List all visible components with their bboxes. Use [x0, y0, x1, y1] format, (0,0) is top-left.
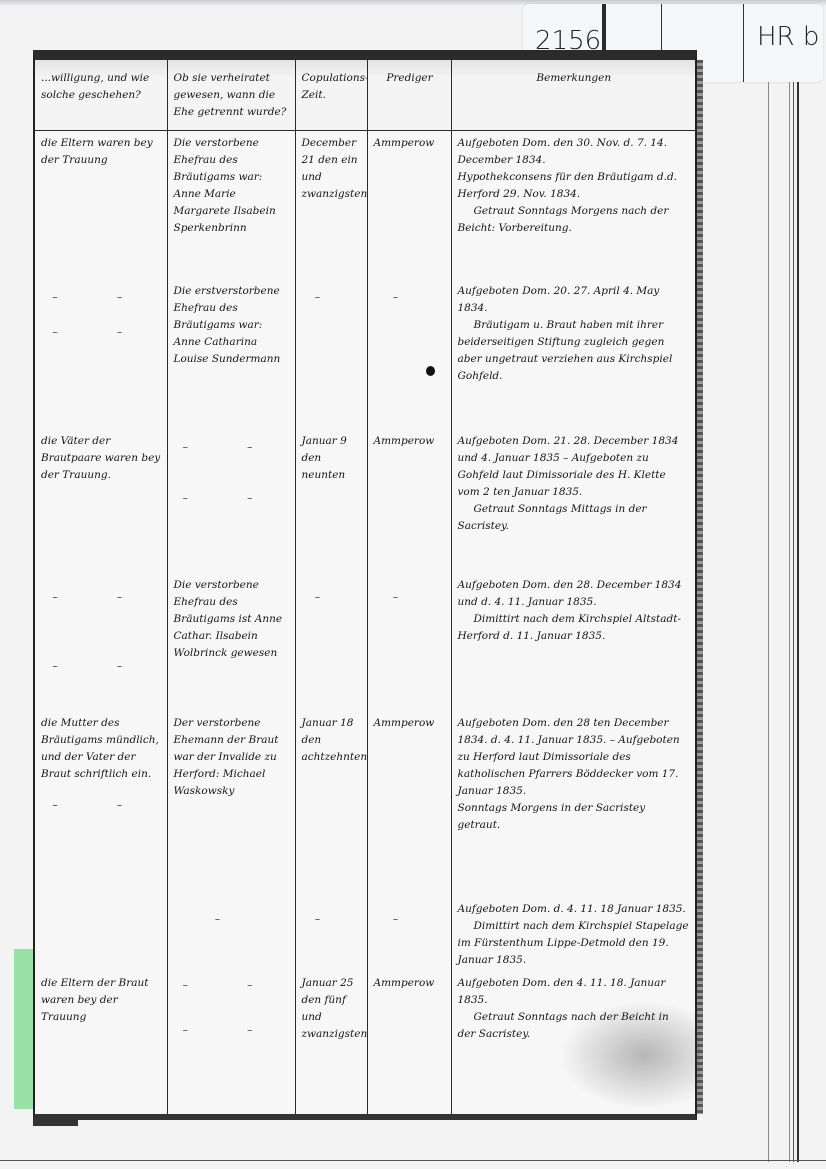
remark-line: Getraut Sonntags nach der Beicht in der … [458, 1009, 691, 1043]
remarks-cell: Aufgeboten Dom. 21. 28. December 1834 un… [451, 429, 695, 573]
dash-mark: – [302, 911, 362, 928]
preacher-cell: Ammperow [367, 971, 451, 1115]
preacher-cell: Ammperow [367, 429, 451, 573]
previous-marriage-cell: Die verstorbene Ehefrau des Bräutigams i… [167, 573, 295, 711]
dash-mark: – – [41, 289, 162, 306]
margin-line [793, 82, 794, 1162]
previous-marriage-cell: Die erstverstorbene Ehefrau des Bräutiga… [167, 279, 295, 429]
preacher-cell: – [367, 573, 451, 711]
dash-mark: – – [41, 797, 162, 814]
remark-line: Aufgeboten Dom. d. 4. 11. 18 Januar 1835… [458, 901, 691, 918]
remark-line: Hypothekconsens für den Bräutigam d.d. H… [458, 169, 691, 203]
preacher-cell: Ammperow [367, 131, 451, 279]
dash-mark: – – [41, 324, 162, 341]
consent-cell: – – – – [35, 573, 167, 711]
table-row: – – – – Die verstorbene Ehefrau des Bräu… [35, 573, 695, 711]
remark-line: Aufgeboten Dom. den 4. 11. 18. Januar 18… [458, 975, 691, 1009]
remarks-cell: Aufgeboten Dom. den 28. December 1834 un… [451, 573, 695, 711]
header-preacher: Prediger [367, 60, 451, 131]
dash-mark: – – [174, 439, 290, 456]
previous-marriage-cell: Die verstorbene Ehefrau des Bräutigams w… [167, 131, 295, 279]
margin-line [768, 82, 769, 1162]
header-consent: ...willigung, und wie solche geschehen? [35, 60, 167, 131]
table-row: die Eltern waren bey der Trauung Die ver… [35, 131, 695, 279]
table-row: – – – – Die erstverstorbene Ehefrau des … [35, 279, 695, 429]
date-cell: Januar 9 den neunten [295, 429, 367, 573]
remark-line: Getraut Sonntags Morgens nach der Beicht… [458, 203, 691, 237]
table-header-row: ...willigung, und wie solche geschehen? … [35, 60, 695, 131]
remark-line: Aufgeboten Dom. 20. 27. April 4. May 183… [458, 283, 691, 317]
table-row: die Eltern der Braut waren bey der Trauu… [35, 971, 695, 1115]
header-remarks: Bemerkungen [451, 60, 695, 131]
preacher-cell: Ammperow [367, 711, 451, 871]
remark-line: Getraut Sonntags Mittags in der Sacriste… [458, 501, 691, 535]
remarks-cell: Aufgeboten Dom. den 4. 11. 18. Januar 18… [451, 971, 695, 1115]
remark-line: Aufgeboten Dom. den 28 ten December 1834… [458, 715, 691, 800]
header-previous-marriage: Ob sie verheiratet gewesen, wann die Ehe… [167, 60, 295, 131]
previous-marriage-cell: – – – – [167, 971, 295, 1115]
remark-line: Bräutigam u. Braut haben mit ihrer beide… [458, 317, 691, 385]
scan-bottom-edge [0, 1160, 826, 1161]
consent-cell: die Eltern waren bey der Trauung [35, 131, 167, 279]
marriage-register-table: ...willigung, und wie solche geschehen? … [35, 60, 695, 1114]
ink-blot [426, 366, 435, 376]
preacher-cell: – [367, 279, 451, 429]
consent-text: die Mutter des Bräutigams mündlich, und … [41, 717, 159, 780]
sheet-corner-mark [33, 1120, 78, 1126]
remark-line: Dimittirt nach dem Kirchspiel Stapelage … [458, 918, 691, 969]
remarks-cell: Aufgeboten Dom. d. 4. 11. 18 Januar 1835… [451, 871, 695, 971]
label-divider [743, 4, 744, 82]
date-cell: – [295, 573, 367, 711]
collection-code: HR b [757, 22, 819, 52]
remarks-cell: Aufgeboten Dom. den 28 ten December 1834… [451, 711, 695, 871]
header-copulation-date: Copulations-Zeit. [295, 60, 367, 131]
previous-marriage-cell: – [167, 871, 295, 971]
remark-line: Dimittirt nach dem Kirchspiel Altstadt-H… [458, 611, 691, 645]
preacher-cell: – [367, 871, 451, 971]
consent-cell: – – – – [35, 279, 167, 429]
table-row: die Väter der Brautpaare waren bey der T… [35, 429, 695, 573]
remark-line: Sonntags Morgens in der Sacristey getrau… [458, 800, 691, 834]
dash-mark: – [374, 911, 446, 928]
consent-cell: die Eltern der Braut waren bey der Trauu… [35, 971, 167, 1115]
dash-mark: – – [41, 589, 162, 606]
date-cell: Januar 25 den fünf und zwanzigsten [295, 971, 367, 1115]
consent-cell: die Mutter des Bräutigams mündlich, und … [35, 711, 167, 871]
remarks-cell: Aufgeboten Dom. den 30. Nov. d. 7. 14. D… [451, 131, 695, 279]
previous-marriage-cell: Der verstorbene Ehemann der Braut war de… [167, 711, 295, 871]
remark-line: Aufgeboten Dom. den 28. December 1834 un… [458, 577, 691, 611]
dash-mark: – [374, 589, 446, 606]
register-sheet: ...willigung, und wie solche geschehen? … [33, 50, 697, 1120]
dash-mark: – – [41, 658, 162, 675]
dash-mark: – – [174, 1022, 290, 1039]
dash-mark: – [374, 289, 446, 306]
margin-line [797, 82, 799, 1162]
date-cell: – [295, 279, 367, 429]
date-cell: Januar 18 den achtzehnten [295, 711, 367, 871]
dash-mark: – [302, 289, 362, 306]
remark-line: Aufgeboten Dom. den 30. Nov. d. 7. 14. D… [458, 135, 691, 169]
dash-mark: – [302, 589, 362, 606]
date-cell: December 21 den ein und zwanzigsten [295, 131, 367, 279]
previous-marriage-cell: – – – – [167, 429, 295, 573]
remarks-cell: Aufgeboten Dom. 20. 27. April 4. May 183… [451, 279, 695, 429]
dash-mark: – – [174, 490, 290, 507]
margin-line [789, 82, 790, 1162]
dash-mark: – [174, 911, 290, 928]
consent-cell: die Väter der Brautpaare waren bey der T… [35, 429, 167, 573]
table-row: – – – Aufgeboten Dom. d. 4. 11. 18 Janua… [35, 871, 695, 971]
consent-cell [35, 871, 167, 971]
dash-mark: – – [174, 977, 290, 994]
date-cell: – [295, 871, 367, 971]
remark-line: Aufgeboten Dom. 21. 28. December 1834 un… [458, 433, 691, 501]
table-row: die Mutter des Bräutigams mündlich, und … [35, 711, 695, 871]
highlight-marker [14, 949, 33, 1109]
